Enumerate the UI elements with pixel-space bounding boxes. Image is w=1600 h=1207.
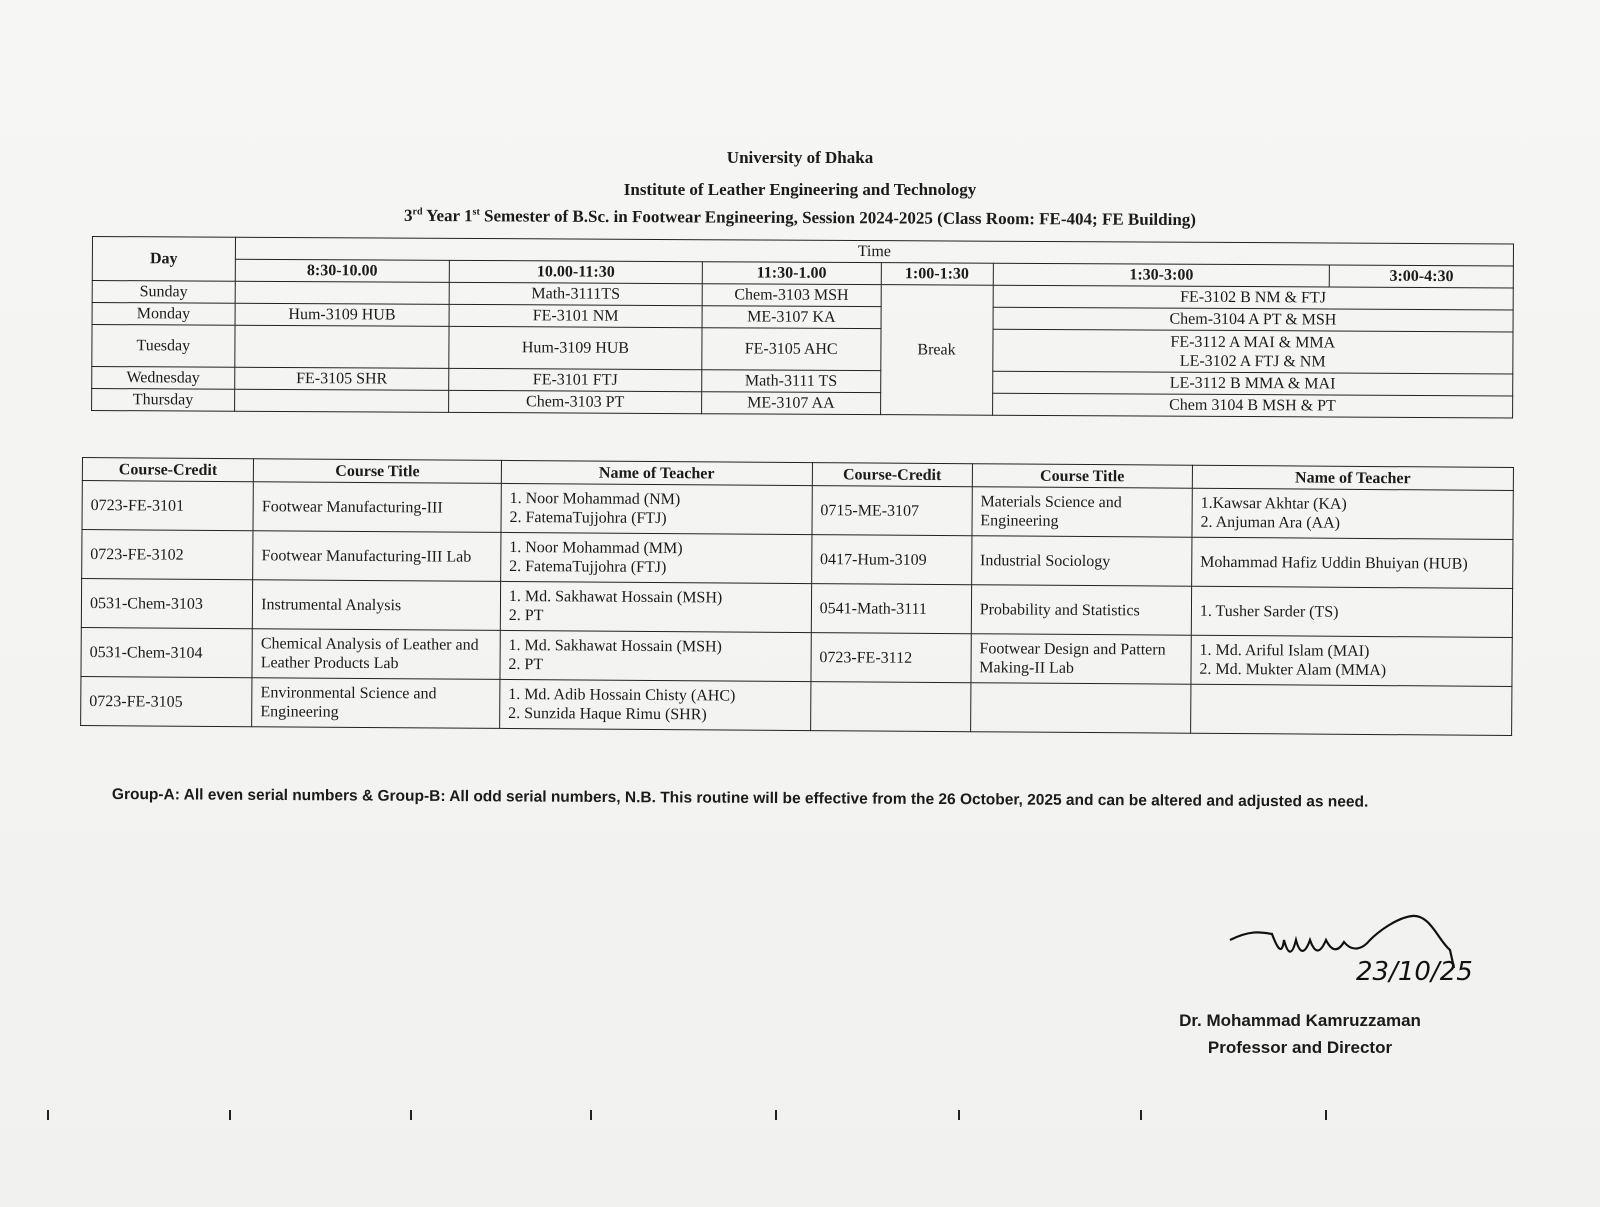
course-teachers: 1. Md. Adib Hossain Chisty (AHC)2. Sunzi…: [500, 679, 811, 730]
punch-mark: [1325, 1110, 1327, 1120]
course-code: 0723-FE-3102: [82, 530, 254, 580]
signatory-designation: Professor and Director: [1120, 1034, 1480, 1061]
course-teachers: 1. Noor Mohammad (NM)2. FatemaTujjohra (…: [501, 483, 812, 534]
course-teachers: 1. Noor Mohammad (MM)2. FatemaTujjohra (…: [501, 532, 812, 583]
slot-cell: FE-3101 FTJ: [449, 368, 702, 391]
punch-mark: [47, 1110, 49, 1120]
university-title: University of Dhaka: [0, 148, 1600, 168]
time-slot-1: 8:30-10.00: [235, 259, 449, 282]
course-header-1: Course-Credit: [82, 458, 253, 482]
punch-mark: [590, 1110, 592, 1120]
time-slot-6: 3:00-4:30: [1330, 265, 1514, 288]
course-code: 0531-Chem-3104: [81, 627, 253, 677]
break-cell: Break: [880, 285, 993, 416]
slot-cell: Hum-3109 HUB: [235, 303, 449, 326]
punch-mark: [410, 1110, 412, 1120]
slot-cell: Chem-3103 PT: [449, 390, 702, 413]
punch-mark: [229, 1110, 231, 1120]
time-slot-5: 1:30-3:00: [993, 263, 1330, 287]
time-slot-4: 1:00-1:30: [881, 263, 993, 286]
day-name: Sunday: [92, 281, 235, 304]
course-title: Industrial Sociology: [971, 536, 1191, 587]
signatory-name: Dr. Mohammad Kamruzzaman: [1120, 1007, 1480, 1034]
punch-mark: [1140, 1110, 1142, 1120]
course-code: 0723-FE-3101: [82, 481, 254, 531]
course-title: Footwear Design and Pattern Making-II La…: [971, 634, 1191, 685]
course-title: Footwear Manufacturing-III Lab: [253, 531, 501, 582]
course-header-2: Course Title: [254, 459, 502, 484]
slot-cell: [234, 389, 448, 412]
day-header: Day: [92, 237, 235, 282]
course-code: [810, 682, 970, 732]
course-title: Chemical Analysis of Leather and Leather…: [252, 629, 500, 680]
day-name: Monday: [92, 303, 235, 326]
slot-cell: Hum-3109 HUB: [449, 326, 702, 369]
punch-mark: [958, 1110, 960, 1120]
slot-cell: ME-3107 KA: [702, 306, 881, 329]
course-code: 0715-ME-3107: [812, 486, 972, 536]
time-slot-2: 10.00-11:30: [449, 260, 702, 283]
slot-cell: FE-3101 NM: [449, 304, 702, 327]
lab-session-cell: FE-3102 B NM & FTJ: [993, 285, 1513, 310]
course-teachers: [1191, 684, 1512, 735]
class-routine-table: Day Time 8:30-10.0010.00-11:3011:30-1.00…: [91, 236, 1514, 418]
routine-row: TuesdayHum-3109 HUBFE-3105 AHCFE-3112 A …: [92, 325, 1513, 374]
slot-cell: FE-3105 SHR: [235, 367, 449, 390]
day-name: Tuesday: [92, 325, 235, 368]
course-teachers: 1. Md. Sakhawat Hossain (MSH)2. PT: [500, 630, 811, 681]
course-title: Instrumental Analysis: [253, 580, 501, 631]
course-title: [970, 683, 1190, 734]
course-header-6: Name of Teacher: [1192, 465, 1513, 490]
course-teachers: Mohammad Hafiz Uddin Bhuiyan (HUB): [1192, 537, 1513, 588]
course-header-3: Name of Teacher: [501, 460, 812, 485]
svg-text:23/10/25: 23/10/25: [1356, 957, 1473, 987]
slot-cell: Math-3111 TS: [702, 370, 881, 393]
course-title: Materials Science and Engineering: [972, 487, 1192, 538]
slot-cell: [235, 325, 449, 368]
course-header-4: Course-Credit: [812, 463, 972, 487]
lab-session-cell: FE-3112 A MAI & MMALE-3102 A FTJ & NM: [993, 329, 1513, 374]
course-teachers: 1. Md. Sakhawat Hossain (MSH)2. PT: [500, 581, 811, 632]
signatory: Dr. Mohammad Kamruzzaman Professor and D…: [1120, 1007, 1480, 1061]
signature-scribble: 23/10/25: [1160, 910, 1540, 990]
institute-title: Institute of Leather Engineering and Tec…: [0, 180, 1600, 200]
slot-cell: [235, 281, 449, 304]
course-teachers: 1. Tusher Sarder (TS): [1191, 586, 1512, 637]
punch-mark: [775, 1110, 777, 1120]
slot-cell: Math-3111TS: [449, 282, 702, 305]
course-title: Environmental Science and Engineering: [252, 678, 500, 729]
time-slot-3: 11:30-1.00: [702, 262, 881, 285]
course-title: Probability and Statistics: [971, 585, 1191, 636]
slot-cell: ME-3107 AA: [702, 392, 881, 415]
course-code: 0531-Chem-3103: [81, 579, 253, 629]
course-row: 0723-FE-3105Environmental Science and En…: [81, 676, 1512, 735]
lab-session-cell: LE-3112 B MMA & MAI: [992, 371, 1512, 396]
course-code: 0723-FE-3112: [811, 633, 971, 683]
day-name: Thursday: [92, 389, 235, 412]
slot-cell: Chem-3103 MSH: [702, 284, 881, 307]
slot-cell: FE-3105 AHC: [702, 328, 881, 371]
course-header-5: Course Title: [972, 464, 1192, 489]
course-title: Footwear Manufacturing-III: [253, 482, 501, 533]
course-teacher-table: Course-CreditCourse TitleName of Teacher…: [80, 457, 1514, 736]
course-code: 0723-FE-3105: [81, 676, 253, 726]
course-code: 0541-Math-3111: [811, 584, 971, 634]
day-name: Wednesday: [92, 367, 235, 390]
course-code: 0417-Hum-3109: [811, 535, 971, 585]
course-teachers: 1. Md. Ariful Islam (MAI)2. Md. Mukter A…: [1191, 635, 1512, 686]
lab-session-cell: Chem 3104 B MSH & PT: [992, 393, 1512, 418]
lab-session-cell: Chem-3104 A PT & MSH: [993, 307, 1513, 332]
course-teachers: 1.Kawsar Akhtar (KA)2. Anjuman Ara (AA): [1192, 488, 1513, 539]
